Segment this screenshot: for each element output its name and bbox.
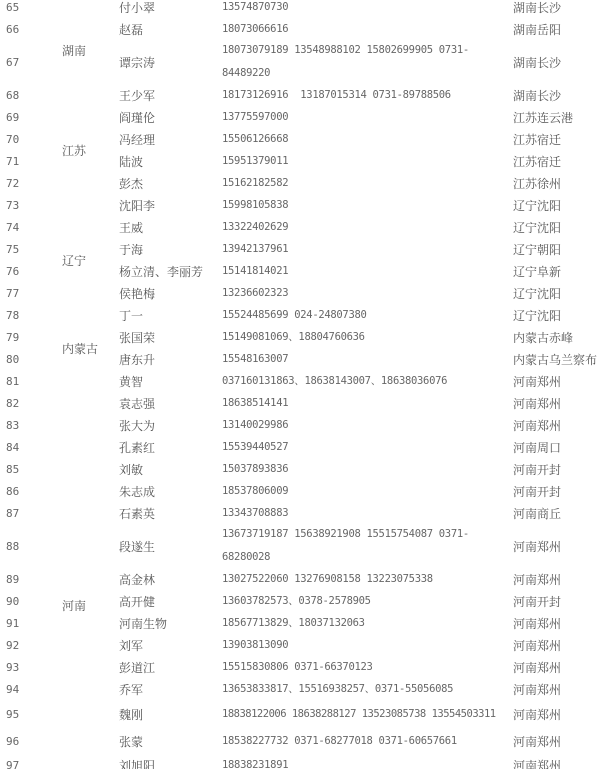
contact-name: 王威 bbox=[119, 216, 219, 238]
table-row: 82 袁志强 18638514141 河南郑州 bbox=[0, 392, 600, 414]
contact-region: 河南开封 bbox=[513, 458, 600, 480]
contact-region: 湖南长沙 bbox=[513, 84, 600, 106]
contact-region: 内蒙古乌兰察布 bbox=[513, 348, 600, 370]
contact-name: 丁一 bbox=[119, 304, 219, 326]
contact-name: 高金林 bbox=[119, 568, 219, 590]
contact-phone: 18073066616 bbox=[222, 18, 512, 40]
contact-region: 河南郑州 bbox=[513, 568, 600, 590]
row-number: 80 bbox=[6, 348, 46, 370]
contact-name: 河南生物 bbox=[119, 612, 219, 634]
row-number: 93 bbox=[6, 656, 46, 678]
row-number: 70 bbox=[6, 128, 46, 150]
contact-name: 刘敏 bbox=[119, 458, 219, 480]
contact-phone: 18638514141 bbox=[222, 392, 512, 414]
contact-region: 河南周口 bbox=[513, 436, 600, 458]
contact-phone: 13574870730 bbox=[222, 0, 512, 18]
contact-phone: 15162182582 bbox=[222, 172, 512, 194]
contact-name: 冯经理 bbox=[119, 128, 219, 150]
contact-name: 付小翠 bbox=[119, 0, 219, 18]
table-row: 79 张国荣 15149081069、18804760636 内蒙古赤峰 bbox=[0, 326, 600, 348]
contact-name: 朱志成 bbox=[119, 480, 219, 502]
contact-name: 陆波 bbox=[119, 150, 219, 172]
contact-phone: 15524485699 024-24807380 bbox=[222, 304, 512, 326]
contact-name: 张国荣 bbox=[119, 326, 219, 348]
contact-name: 彭杰 bbox=[119, 172, 219, 194]
row-number: 89 bbox=[6, 568, 46, 590]
contact-phone: 18838231891 bbox=[222, 754, 512, 769]
contact-name: 沈阳李 bbox=[119, 194, 219, 216]
row-number: 66 bbox=[6, 18, 46, 40]
table-row: 85 刘敏 15037893836 河南开封 bbox=[0, 458, 600, 480]
table-row: 89 高金林 13027522060 13276908158 132230753… bbox=[0, 568, 600, 590]
row-number: 72 bbox=[6, 172, 46, 194]
row-number: 94 bbox=[6, 678, 46, 700]
table-row: 76 杨立清、李丽芳 15141814021 辽宁阜新 bbox=[0, 260, 600, 282]
table-row: 78 丁一 15524485699 024-24807380 辽宁沈阳 bbox=[0, 304, 600, 326]
table-row: 90 高开健 13603782573、0378-2578905 河南开封 bbox=[0, 590, 600, 612]
table-row: 73 沈阳李 15998105838 辽宁沈阳 bbox=[0, 194, 600, 216]
table-row: 70 冯经理 15506126668 江苏宿迁 bbox=[0, 128, 600, 150]
row-number: 85 bbox=[6, 458, 46, 480]
table-row: 93 彭道江 15515830806 0371-66370123 河南郑州 bbox=[0, 656, 600, 678]
contact-region: 河南郑州 bbox=[513, 728, 600, 754]
contact-phone: 13322402629 bbox=[222, 216, 512, 238]
contact-region: 湖南长沙 bbox=[513, 0, 600, 18]
contact-name: 袁志强 bbox=[119, 392, 219, 414]
row-number: 82 bbox=[6, 392, 46, 414]
contact-phone: 037160131863、18638143007、18638036076 bbox=[222, 370, 512, 392]
table-row: 81 黄智 037160131863、18638143007、186380360… bbox=[0, 370, 600, 392]
contact-phone: 18073079189 13548988102 15802699905 0731… bbox=[222, 40, 487, 84]
row-number: 75 bbox=[6, 238, 46, 260]
contact-name: 孔素红 bbox=[119, 436, 219, 458]
contact-region: 河南商丘 bbox=[513, 502, 600, 524]
table-row: 97 刘旭阳 18838231891 河南郑州 bbox=[0, 754, 600, 769]
contact-phone: 13140029986 bbox=[222, 414, 512, 436]
contact-region: 河南郑州 bbox=[513, 612, 600, 634]
contact-region: 河南郑州 bbox=[513, 370, 600, 392]
contact-phone: 15539440527 bbox=[222, 436, 512, 458]
contact-name: 于海 bbox=[119, 238, 219, 260]
contact-phone: 15037893836 bbox=[222, 458, 512, 480]
table-row: 86 朱志成 18537806009 河南开封 bbox=[0, 480, 600, 502]
row-number: 84 bbox=[6, 436, 46, 458]
contact-region: 河南郑州 bbox=[513, 634, 600, 656]
table-row: 72 彭杰 15162182582 江苏徐州 bbox=[0, 172, 600, 194]
contact-name: 谭宗涛 bbox=[119, 40, 219, 84]
contact-region: 河南郑州 bbox=[513, 700, 600, 728]
contact-name: 乔军 bbox=[119, 678, 219, 700]
contact-region: 江苏宿迁 bbox=[513, 128, 600, 150]
row-number: 86 bbox=[6, 480, 46, 502]
contact-phone: 18173126916 13187015314 0731-89788506 bbox=[222, 84, 512, 106]
table-row: 87 石素英 13343708883 河南商丘 bbox=[0, 502, 600, 524]
table-row: 67 谭宗涛 18073079189 13548988102 158026999… bbox=[0, 40, 600, 84]
row-number: 87 bbox=[6, 502, 46, 524]
row-number: 73 bbox=[6, 194, 46, 216]
table-row: 68 王少军 18173126916 13187015314 0731-8978… bbox=[0, 84, 600, 106]
contact-phone: 15998105838 bbox=[222, 194, 512, 216]
contact-name: 刘旭阳 bbox=[119, 754, 219, 769]
contact-phone: 18538227732 0371-68277018 0371-60657661 bbox=[222, 728, 512, 754]
table-row: 91 河南生物 18567713829、18037132063 河南郑州 bbox=[0, 612, 600, 634]
contact-region: 辽宁朝阳 bbox=[513, 238, 600, 260]
contact-region: 辽宁沈阳 bbox=[513, 304, 600, 326]
contact-name: 唐东升 bbox=[119, 348, 219, 370]
contact-region: 湖南岳阳 bbox=[513, 18, 600, 40]
row-number: 90 bbox=[6, 590, 46, 612]
contact-region: 河南开封 bbox=[513, 590, 600, 612]
table-row: 75 于海 13942137961 辽宁朝阳 bbox=[0, 238, 600, 260]
table-row: 83 张大为 13140029986 河南郑州 bbox=[0, 414, 600, 436]
contact-name: 高开健 bbox=[119, 590, 219, 612]
contact-phone: 15515830806 0371-66370123 bbox=[222, 656, 512, 678]
row-number: 74 bbox=[6, 216, 46, 238]
contact-region: 江苏徐州 bbox=[513, 172, 600, 194]
contact-phone: 13903813090 bbox=[222, 634, 512, 656]
contact-phone: 13343708883 bbox=[222, 502, 512, 524]
contact-phone: 13236602323 bbox=[222, 282, 512, 304]
contact-phone: 15141814021 bbox=[222, 260, 512, 282]
contact-region: 湖南长沙 bbox=[513, 40, 600, 84]
contact-region: 河南郑州 bbox=[513, 754, 600, 769]
row-number: 97 bbox=[6, 754, 46, 769]
table-row: 71 陆波 15951379011 江苏宿迁 bbox=[0, 150, 600, 172]
contact-name: 王少军 bbox=[119, 84, 219, 106]
contact-table: 湖南 江苏 辽宁 内蒙古 河南 65 付小翠 13574870730 湖南长沙 … bbox=[0, 0, 600, 769]
contact-region: 江苏宿迁 bbox=[513, 150, 600, 172]
row-number: 71 bbox=[6, 150, 46, 172]
contact-region: 辽宁阜新 bbox=[513, 260, 600, 282]
row-number: 92 bbox=[6, 634, 46, 656]
row-number: 78 bbox=[6, 304, 46, 326]
contact-region: 河南郑州 bbox=[513, 524, 600, 568]
contact-phone: 13603782573、0378-2578905 bbox=[222, 590, 512, 612]
contact-phone: 18838122006 18638288127 13523085738 1355… bbox=[222, 700, 512, 728]
contact-region: 内蒙古赤峰 bbox=[513, 326, 600, 348]
contact-region: 河南郑州 bbox=[513, 414, 600, 436]
row-number: 96 bbox=[6, 728, 46, 754]
table-row: 94 乔军 13653833817、15516938257、0371-55056… bbox=[0, 678, 600, 700]
table-row: 84 孔素红 15539440527 河南周口 bbox=[0, 436, 600, 458]
table-row: 74 王威 13322402629 辽宁沈阳 bbox=[0, 216, 600, 238]
table-row: 88 段遂生 13673719187 15638921908 155157540… bbox=[0, 524, 600, 568]
table-row: 65 付小翠 13574870730 湖南长沙 bbox=[0, 0, 600, 18]
row-number: 77 bbox=[6, 282, 46, 304]
row-number: 68 bbox=[6, 84, 46, 106]
table-row: 95 魏刚 18838122006 18638288127 1352308573… bbox=[0, 700, 600, 728]
contact-name: 张蒙 bbox=[119, 728, 219, 754]
contact-phone: 13027522060 13276908158 13223075338 bbox=[222, 568, 512, 590]
row-number: 88 bbox=[6, 524, 46, 568]
contact-phone: 13775597000 bbox=[222, 106, 512, 128]
row-number: 76 bbox=[6, 260, 46, 282]
table-row: 92 刘军 13903813090 河南郑州 bbox=[0, 634, 600, 656]
contact-phone: 13673719187 15638921908 15515754087 0371… bbox=[222, 524, 487, 568]
contact-phone: 18537806009 bbox=[222, 480, 512, 502]
row-number: 83 bbox=[6, 414, 46, 436]
row-number: 65 bbox=[6, 0, 46, 18]
contact-region: 河南郑州 bbox=[513, 392, 600, 414]
contact-region: 河南郑州 bbox=[513, 678, 600, 700]
contact-phone: 15149081069、18804760636 bbox=[222, 326, 512, 348]
contact-region: 辽宁沈阳 bbox=[513, 282, 600, 304]
table-row: 80 唐东升 15548163007 内蒙古乌兰察布 bbox=[0, 348, 600, 370]
row-number: 67 bbox=[6, 40, 46, 84]
contact-phone: 18567713829、18037132063 bbox=[222, 612, 512, 634]
contact-region: 河南郑州 bbox=[513, 656, 600, 678]
contact-name: 刘军 bbox=[119, 634, 219, 656]
contact-phone: 15951379011 bbox=[222, 150, 512, 172]
contact-region: 辽宁沈阳 bbox=[513, 216, 600, 238]
row-number: 69 bbox=[6, 106, 46, 128]
contact-name: 侯艳梅 bbox=[119, 282, 219, 304]
contact-name: 张大为 bbox=[119, 414, 219, 436]
contact-phone: 15548163007 bbox=[222, 348, 512, 370]
contact-region: 江苏连云港 bbox=[513, 106, 600, 128]
table-row: 66 赵磊 18073066616 湖南岳阳 bbox=[0, 18, 600, 40]
contact-phone: 13942137961 bbox=[222, 238, 512, 260]
table-row: 69 阎瑾伦 13775597000 江苏连云港 bbox=[0, 106, 600, 128]
contact-name: 赵磊 bbox=[119, 18, 219, 40]
contact-name: 彭道江 bbox=[119, 656, 219, 678]
contact-name: 石素英 bbox=[119, 502, 219, 524]
contact-region: 河南开封 bbox=[513, 480, 600, 502]
contact-name: 段遂生 bbox=[119, 524, 219, 568]
contact-name: 杨立清、李丽芳 bbox=[119, 260, 219, 282]
contact-name: 阎瑾伦 bbox=[119, 106, 219, 128]
contact-region: 辽宁沈阳 bbox=[513, 194, 600, 216]
row-number: 95 bbox=[6, 700, 46, 728]
table-row: 96 张蒙 18538227732 0371-68277018 0371-606… bbox=[0, 728, 600, 754]
contact-name: 魏刚 bbox=[119, 700, 219, 728]
row-number: 79 bbox=[6, 326, 46, 348]
contact-phone: 13653833817、15516938257、0371-55056085 bbox=[222, 678, 512, 700]
table-row: 77 侯艳梅 13236602323 辽宁沈阳 bbox=[0, 282, 600, 304]
row-number: 81 bbox=[6, 370, 46, 392]
contact-name: 黄智 bbox=[119, 370, 219, 392]
row-number: 91 bbox=[6, 612, 46, 634]
contact-phone: 15506126668 bbox=[222, 128, 512, 150]
